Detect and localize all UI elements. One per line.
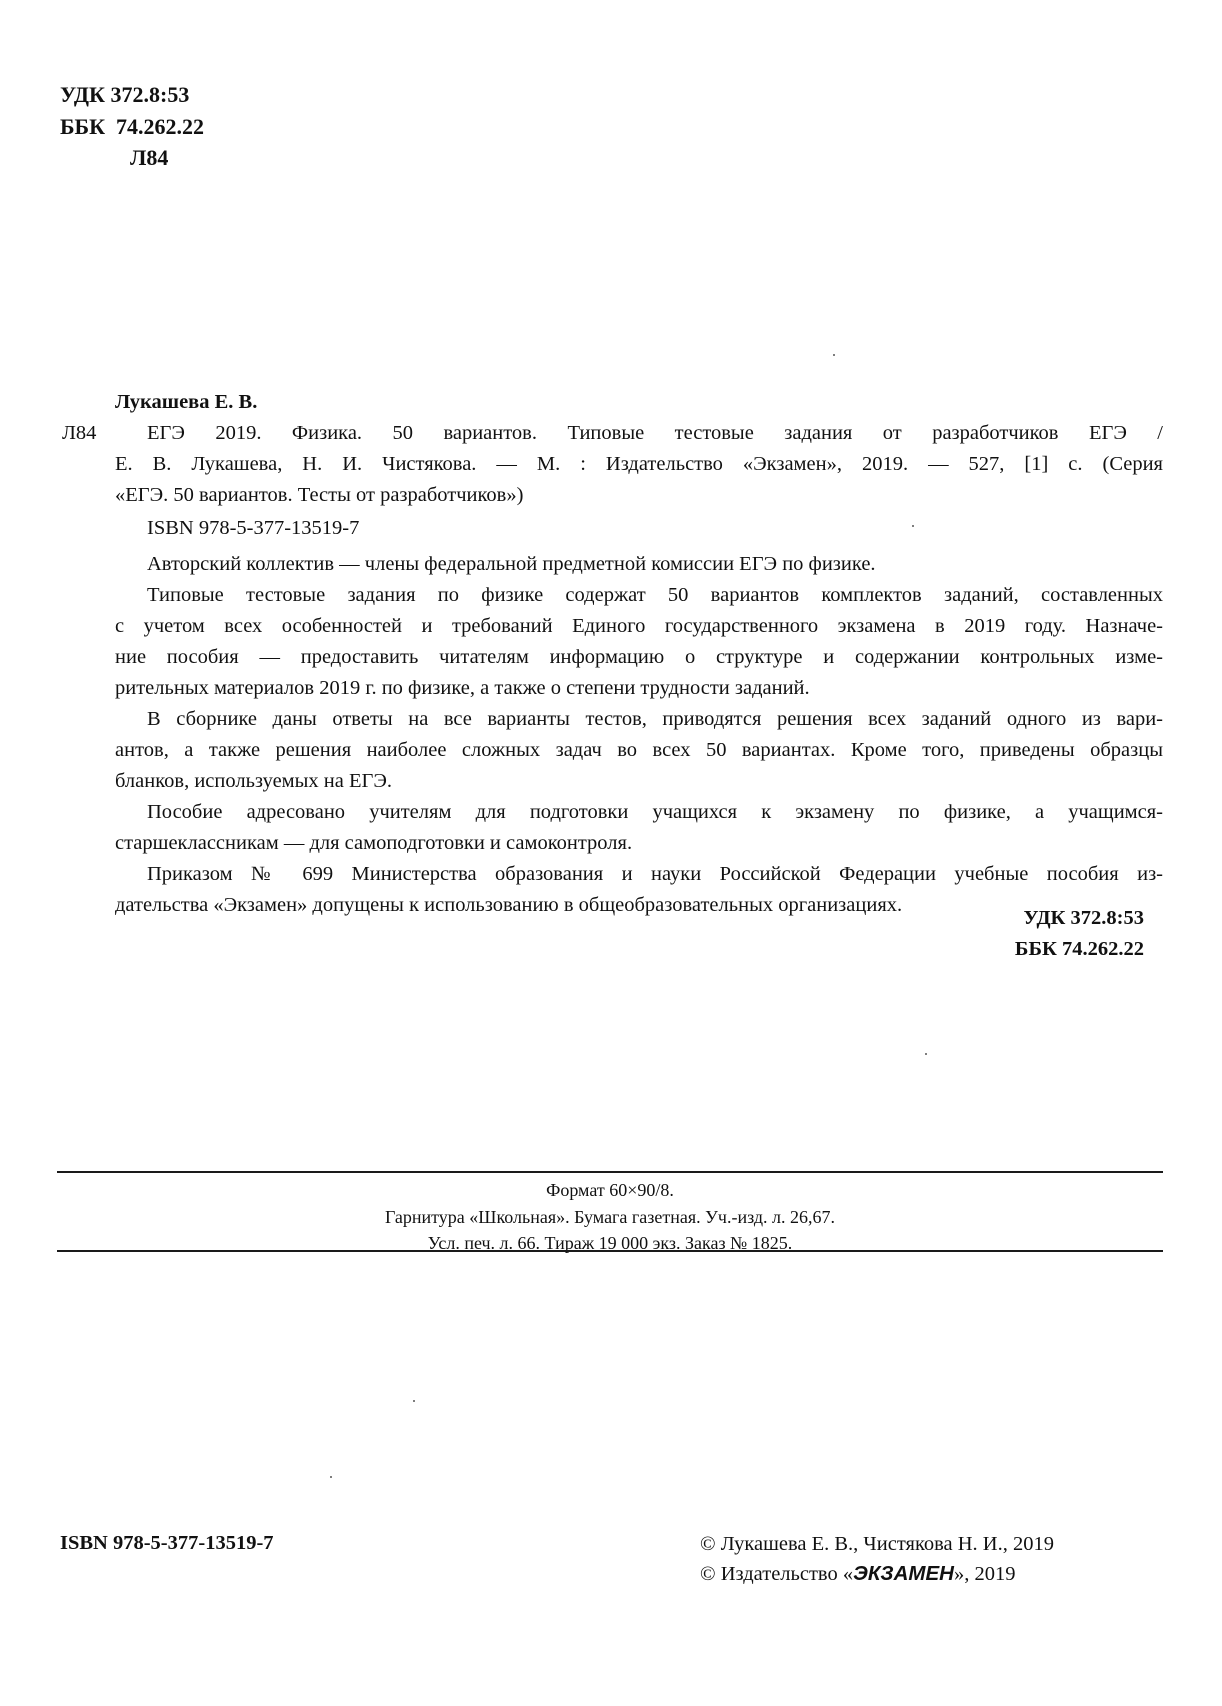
annotation-line: Типовые тестовые задания по физике содер…: [115, 583, 1163, 614]
imprint-typeface: Гарнитура «Школьная». Бумага газетная. У…: [57, 1206, 1163, 1228]
copyright-suffix: », 2019: [954, 1563, 1016, 1585]
copyright-authors: © Лукашева Е. В., Чистякова Н. И., 2019: [700, 1532, 1054, 1556]
imprint-format: Формат 60×90/8.: [57, 1179, 1163, 1201]
annotation-line: бланков, используемых на ЕГЭ.: [115, 769, 1163, 800]
annotation-line: В сборнике даны ответы на все варианты т…: [115, 707, 1163, 738]
annotation-line: Пособие адресовано учителям для подготов…: [115, 800, 1163, 831]
annotation-line: дательства «Экзамен» допущены к использо…: [115, 893, 1163, 924]
scan-speck: [413, 1400, 415, 1402]
udk-code: УДК 372.8:53: [60, 82, 189, 108]
annotation-line: Авторский коллектив — члены федеральной …: [115, 552, 1163, 583]
record-title-line: ЕГЭ 2019. Физика. 50 вариантов. Типовые …: [147, 421, 1163, 445]
copyright-publisher: © Издательство «ЭКЗАМЕН», 2019: [700, 1562, 1015, 1586]
annotation: Авторский коллектив — члены федеральной …: [115, 552, 1163, 924]
annotation-udk: УДК 372.8:53: [1023, 906, 1144, 930]
annotation-line: рительных материалов 2019 г. по физике, …: [115, 676, 1163, 707]
record-author-sign: Л84: [62, 421, 96, 445]
scan-speck: [925, 1053, 927, 1055]
record-author: Лукашева Е. В.: [115, 390, 257, 414]
record-title-line: Е. В. Лукашева, Н. И. Чистякова. — М. : …: [115, 452, 1163, 476]
scan-speck: [912, 525, 914, 527]
annotation-line: старшеклассникам — для самоподготовки и …: [115, 831, 1163, 862]
annotation-line: с учетом всех особенностей и требований …: [115, 614, 1163, 645]
copyright-prefix: © Издательство «: [700, 1563, 853, 1585]
annotation-bbk: ББК 74.262.22: [1015, 937, 1144, 961]
author-sign: Л84: [130, 145, 168, 171]
scan-speck: [833, 354, 835, 356]
annotation-line: Приказом № 699 Министерства образования …: [115, 862, 1163, 893]
publisher-brand: ЭКЗАМЕН: [853, 1562, 954, 1585]
record-isbn: ISBN 978-5-377-13519-7: [147, 516, 359, 540]
scan-speck: [330, 1476, 332, 1478]
imprint-bottom-rule: [57, 1250, 1163, 1252]
imprint-top-rule: [57, 1171, 1163, 1173]
footer-isbn: ISBN 978-5-377-13519-7: [60, 1531, 274, 1555]
record-title-line: «ЕГЭ. 50 вариантов. Тесты от разработчик…: [115, 483, 1163, 507]
bbk-code: ББК 74.262.22: [60, 114, 204, 140]
annotation-line: антов, а также решения наиболее сложных …: [115, 738, 1163, 769]
annotation-line: ние пособия — предоставить читателям инф…: [115, 645, 1163, 676]
